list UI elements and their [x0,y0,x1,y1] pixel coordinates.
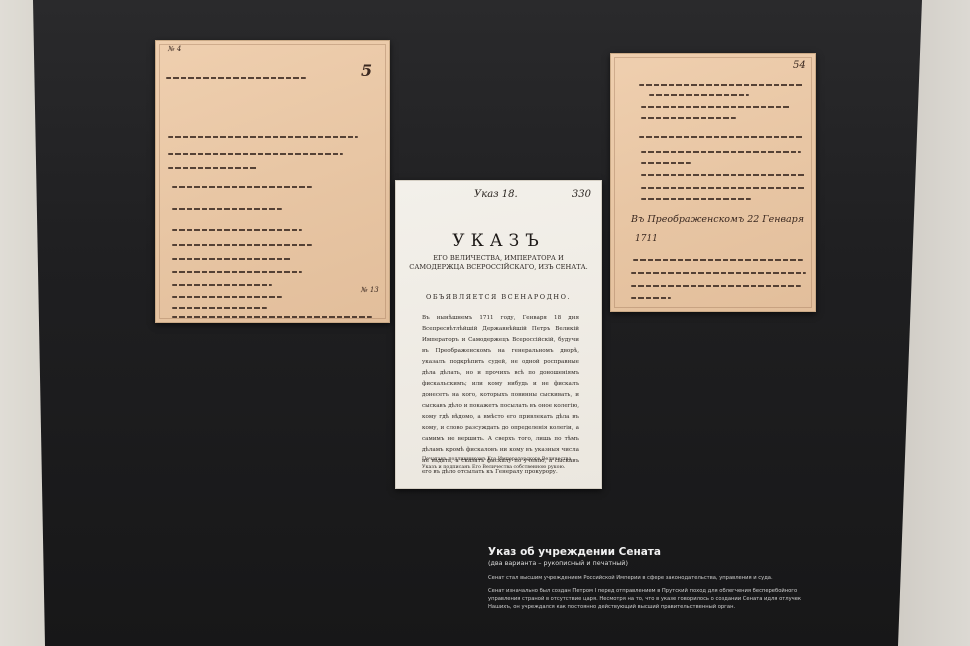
handwriting-line [631,285,801,287]
handwriting-line [168,167,258,169]
handwriting-line [172,186,312,188]
printed-decree: Указ 18. 330 УКАЗЪ ЕГО ВЕЛИЧЕСТВА, ИМПЕР… [395,180,602,489]
caption-subtitle: (два варианта – рукописный и печатный) [488,559,818,568]
handwriting-line [633,259,803,261]
decree-page-number: 330 [572,189,591,200]
handwriting-line [641,187,806,189]
handwriting-line [172,208,282,210]
handwriting-line [172,316,372,318]
handwriting-line [649,94,749,96]
handwriting-line [172,271,302,273]
left-manuscript: № 4 5 № 13 [155,40,390,323]
handwriting-line [168,136,358,138]
handwriting-line [641,151,801,153]
handwriting-line [172,229,302,231]
handwriting-line [639,136,804,138]
decree-body: Въ нынѣшнемъ 1711 году, Генваря 18 дня В… [422,313,579,478]
manuscript-year: 1711 [635,234,658,244]
caption-title: Указ об учреждении Сената [488,546,818,559]
handwriting-line [172,296,282,298]
handwriting-line [641,198,751,200]
handwriting-line [166,77,306,79]
manuscript-page-mark: 5 [361,61,372,80]
decree-subtitle: ЕГО ВЕЛИЧЕСТВА, ИМПЕРАТОРА И САМОДЕРЖЦА … [408,254,589,272]
handwriting-line [641,162,691,164]
manuscript-page-number: 54 [793,60,806,71]
handwriting-line [172,284,272,286]
exhibit-caption: Указ об учреждении Сената (два варианта … [488,546,818,611]
manuscript-frame [159,44,386,319]
handwriting-line [172,258,292,260]
decree-title: УКАЗЪ [396,231,601,251]
handwriting-line [641,106,791,108]
handwriting-line [631,297,671,299]
manuscript-date-line: Въ Преображенскомъ 22 Генваря [631,214,804,225]
handwriting-line [631,272,806,274]
manuscript-archive-note: № 13 [361,286,379,294]
caption-paragraph-2: Сенат изначально был создан Петром I пер… [488,587,818,611]
handwriting-line [639,84,804,86]
right-manuscript: 54 Въ Преображенскомъ 22 Генваря 1711 [610,53,816,312]
manuscript-corner-number: № 4 [168,45,181,53]
handwriting-line [641,117,736,119]
caption-paragraph-1: Сенат стал высшим учреждением Российской… [488,574,818,582]
handwriting-line [172,244,312,246]
decree-footer: Печатанъ подлинникомъ Его Императорского… [422,456,579,472]
decree-announcement: ОБЪЯВЛЯЕТСЯ ВСЕНАРОДНО. [396,293,601,301]
handwriting-line [641,174,806,176]
decree-header-label: Указ 18. [474,189,518,200]
handwriting-line [168,153,343,155]
handwriting-line [172,307,267,309]
